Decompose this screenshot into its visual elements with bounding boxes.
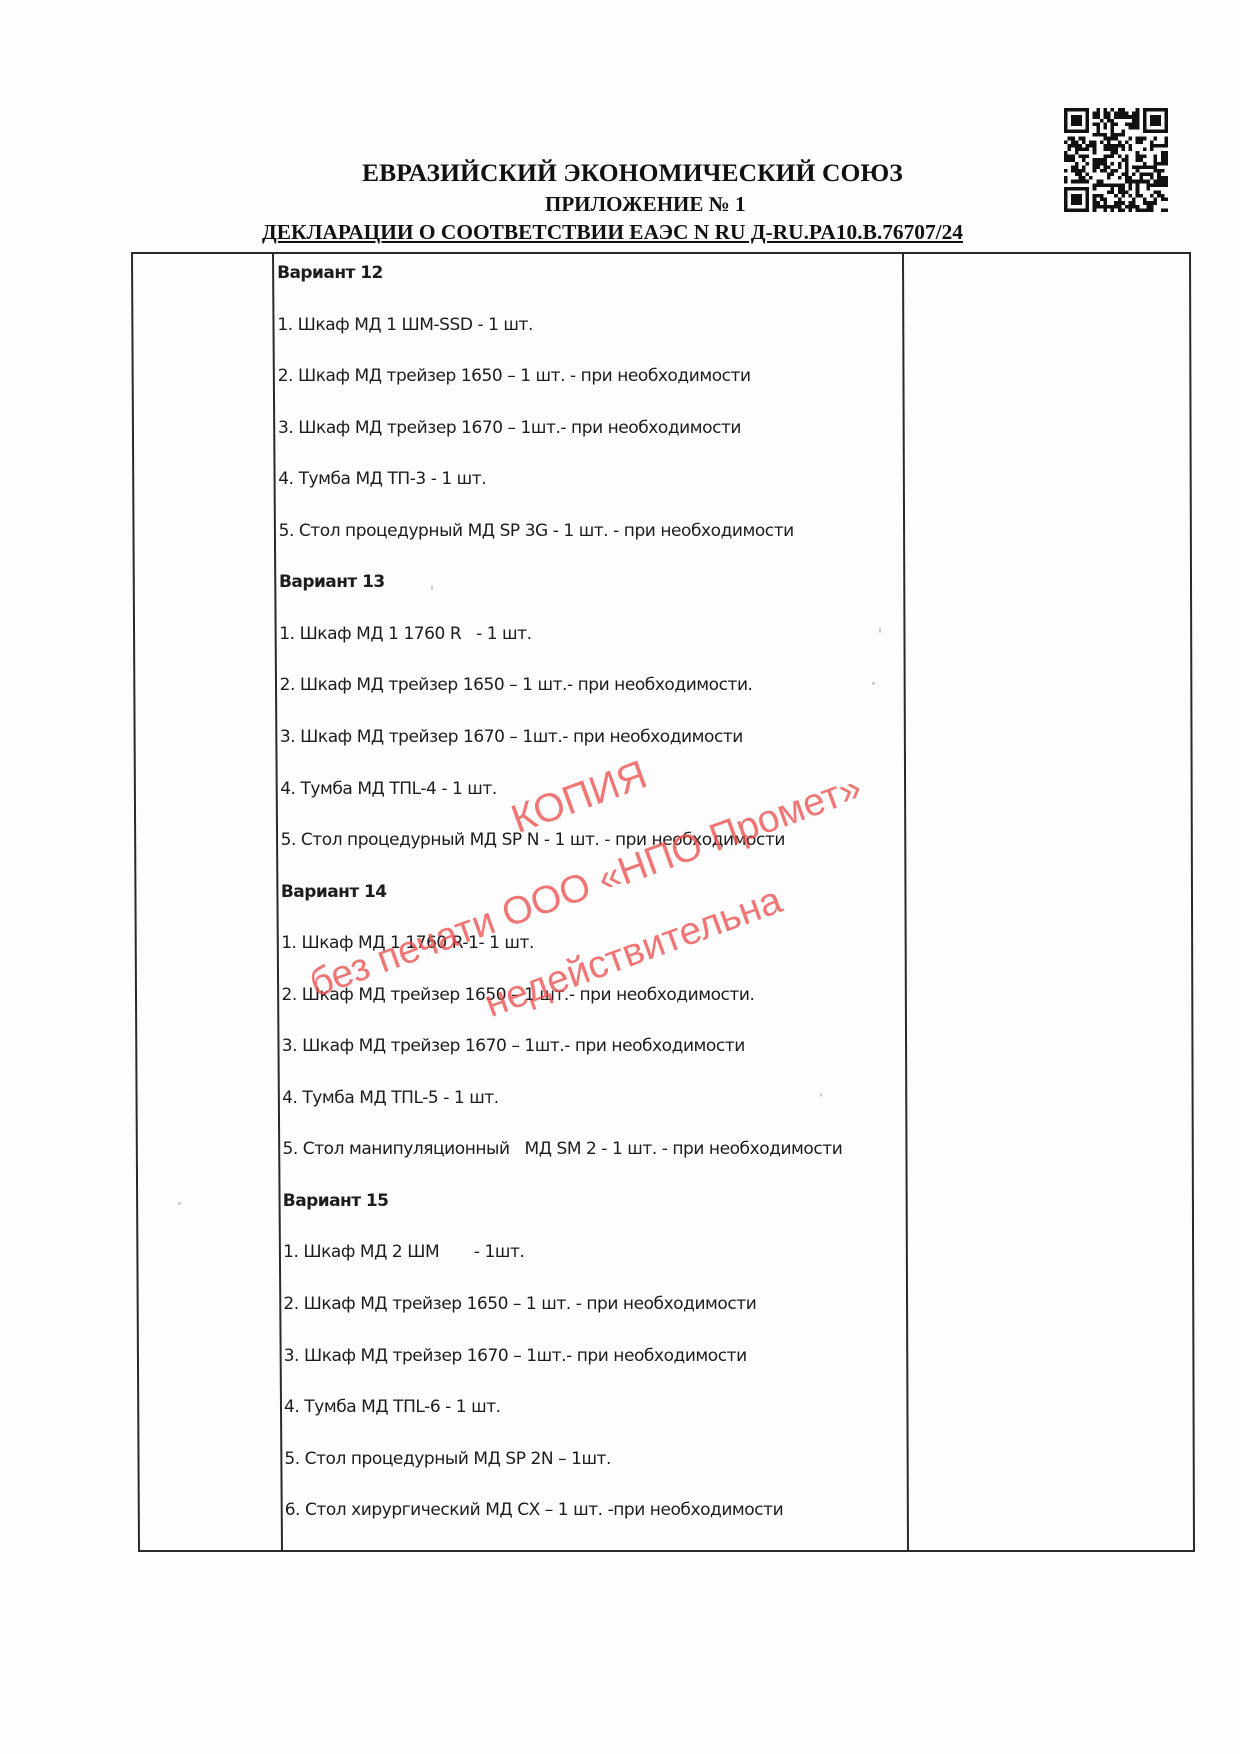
variant-heading: Вариант 13 bbox=[279, 571, 385, 593]
list-item: 5. Стол процедурный МД SP 2N – 1шт. bbox=[284, 1448, 611, 1470]
variant-heading: Вариант 12 bbox=[277, 262, 383, 284]
scan-speck bbox=[872, 682, 875, 685]
list-item: 3. Шкаф МД трейзер 1670 – 1шт.- при необ… bbox=[278, 417, 741, 439]
variant-heading: Вариант 14 bbox=[281, 881, 387, 903]
list-item: 3. Шкаф МД трейзер 1670 – 1шт.- при необ… bbox=[280, 726, 743, 748]
scan-speck bbox=[879, 627, 881, 633]
document-page: ЕВРАЗИЙСКИЙ ЭКОНОМИЧЕСКИЙ СОЮЗ ПРИЛОЖЕНИ… bbox=[0, 0, 1240, 1754]
list-item: 1. Шкаф МД 2 ШМ - 1шт. bbox=[283, 1241, 524, 1263]
list-item: 5. Стол манипуляционный МД SM 2 - 1 шт. … bbox=[283, 1138, 843, 1160]
list-item: 5. Стол процедурный МД SP N - 1 шт. - пр… bbox=[281, 829, 785, 851]
list-item: 1. Шкаф МД 1 ШМ-SSD - 1 шт. bbox=[277, 314, 533, 336]
list-item: 2. Шкаф МД трейзер 1650 – 1 шт. - при не… bbox=[278, 365, 751, 387]
list-item: 4. Тумба МД ТПL-5 - 1 шт. bbox=[282, 1087, 499, 1109]
list-item: 2. Шкаф МД трейзер 1650 – 1 шт. - при не… bbox=[283, 1293, 756, 1315]
list-item: 1. Шкаф МД 1 1760 R - 1 шт. bbox=[279, 623, 531, 645]
list-item: 1. Шкаф МД 1 1760 R-1- 1 шт. bbox=[281, 932, 534, 954]
list-item: 4. Тумба МД ТПL-6 - 1 шт. bbox=[284, 1396, 501, 1418]
scan-speck bbox=[820, 1093, 822, 1097]
list-item: 4. Тумба МД ТП-3 - 1 шт. bbox=[278, 468, 486, 490]
list-item: 3. Шкаф МД трейзер 1670 – 1шт.- при необ… bbox=[282, 1035, 745, 1057]
list-item: 2. Шкаф МД трейзер 1650 – 1 шт.- при нео… bbox=[282, 984, 755, 1006]
variants-column: Вариант 121. Шкаф МД 1 ШМ-SSD - 1 шт.2. … bbox=[0, 0, 1240, 1754]
scan-speck bbox=[178, 1202, 181, 1205]
variant-heading: Вариант 15 bbox=[283, 1190, 389, 1212]
scan-speck bbox=[431, 585, 433, 590]
list-item: 4. Тумба МД ТПL-4 - 1 шт. bbox=[280, 778, 497, 800]
list-item: 6. Стол хирургический МД СХ – 1 шт. -при… bbox=[285, 1499, 784, 1521]
list-item: 5. Стол процедурный МД SP 3G - 1 шт. - п… bbox=[279, 520, 794, 542]
list-item: 2. Шкаф МД трейзер 1650 – 1 шт.- при нео… bbox=[280, 674, 753, 696]
list-item: 3. Шкаф МД трейзер 1670 – 1шт.- при необ… bbox=[284, 1345, 747, 1367]
